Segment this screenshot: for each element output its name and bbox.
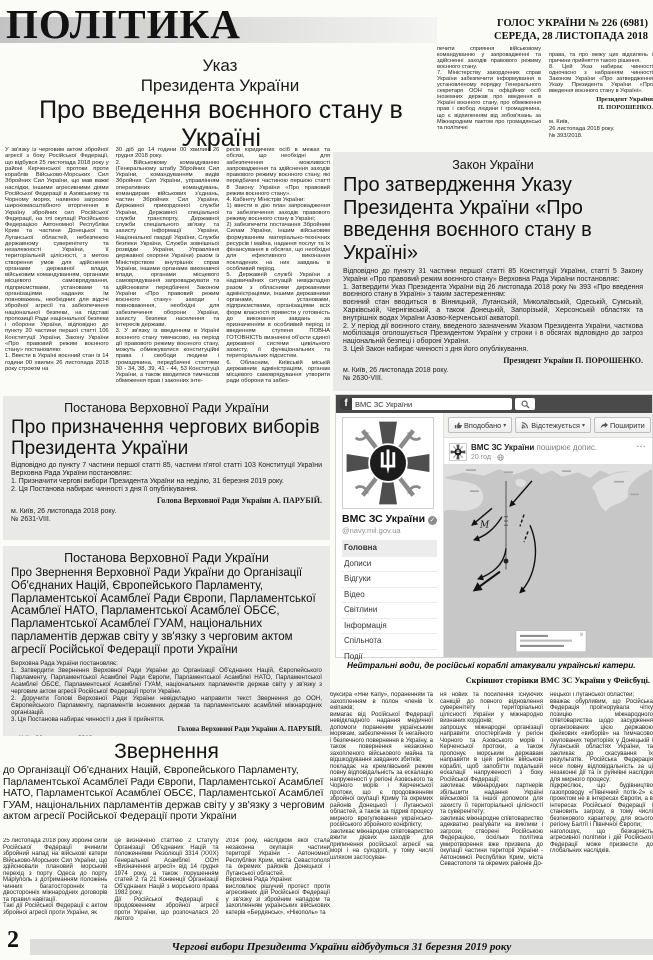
footer-banner: Чергові вибори Президента України відбуд… xyxy=(30,939,653,955)
zvernennia-column-6: нецької і Луганської областей; вважає об… xyxy=(550,692,653,935)
zvernennia-title: Звернення xyxy=(3,741,330,763)
page-name: ВМС ЗС України ✓ xyxy=(342,513,437,525)
share-icon xyxy=(600,421,608,429)
map-annotation: М xyxy=(479,519,490,530)
ukaz-place-date: м. Київ, 26 листопада 2018 року. № 393/2… xyxy=(549,119,653,139)
zvernennia-body-continued: буксира «Яни Капу», пораненням та захопл… xyxy=(330,692,653,935)
page-handle: @navy.mil.gov.ua xyxy=(342,526,437,535)
like-button-label: Вподобано xyxy=(464,421,501,430)
page-name-text: ВМС ЗС України xyxy=(342,513,425,525)
zvernennia-body: 25 листопада 2018 року збройні сили Росі… xyxy=(3,838,330,934)
post-action: поширює допис. xyxy=(537,443,598,452)
ukaz-column-4: печити сприяння військовому командуванню… xyxy=(437,46,541,150)
facebook-topbar: f ВМС ЗС України xyxy=(336,395,652,413)
follow-button-label: Відстежується xyxy=(531,421,580,430)
facebook-post: ВМС ЗС України поширює допис. 20 год · … xyxy=(444,437,652,657)
zvernennia-section: Звернення до Організації Об'єднаних Наці… xyxy=(3,741,330,934)
page-menu: Головна Дописи Відгуки Відео Світлини Ін… xyxy=(342,540,437,664)
postanova2-kicker: Постанова Верховної Ради України xyxy=(11,551,322,565)
facebook-search-value: ВМС ЗС України xyxy=(352,400,412,409)
facebook-actions: Вподобано ▾ Відстежується ▾ Поширити … xyxy=(444,413,652,435)
verified-badge-icon: ✓ xyxy=(428,516,437,525)
globe-icon xyxy=(497,454,504,461)
post-header-text: ВМС ЗС України поширює допис. 20 год · xyxy=(471,443,597,461)
section-title: ПОЛІТИКА xyxy=(6,2,241,46)
caret-down-icon: ▾ xyxy=(503,422,506,429)
fb-menu-item-photos[interactable]: Світлини xyxy=(342,602,437,618)
screenshot-caption: Скріншот сторінки ВМС ЗС України у Фейсб… xyxy=(400,676,650,686)
ukaz-body-continued: печити сприяння військовому командуванню… xyxy=(437,46,653,150)
ukaz-column-1: У зв'язку із черговим актом збройної агр… xyxy=(5,147,109,392)
postanova1-box: Постанова Верховної Ради України Про при… xyxy=(3,396,330,540)
facebook-main: Вподобано ▾ Відстежується ▾ Поширити … xyxy=(444,413,652,657)
zakon-title: Про затвердження Указу Президента Україн… xyxy=(343,174,643,264)
fb-menu-item-reviews[interactable]: Відгуки xyxy=(342,571,437,587)
postanova1-place-date: м. Київ, 26 листопада 2018 року. № 2631-… xyxy=(11,508,322,524)
postanova1-signature: Голова Верховної Ради України А. ПАРУБІЙ… xyxy=(11,496,322,506)
postanova1-title: Про призначення чергових виборів Президе… xyxy=(11,417,322,459)
ukaz-kicker: Указ Президента України xyxy=(20,56,420,95)
zvernennia-column-3: 2014 року, наслідком якої стала незаконн… xyxy=(226,838,330,934)
fb-menu-item-home[interactable]: Головна xyxy=(342,540,437,556)
post-header: ВМС ЗС України поширює допис. 20 год · … xyxy=(444,438,652,464)
zakon-place-date: м. Київ, 26 листопада 2018 року. № 2630-… xyxy=(343,367,643,383)
map-legend xyxy=(516,631,586,652)
postanova2-title: Про Звернення Верховної Ради України до … xyxy=(11,567,322,657)
zvernennia-column-2: це визначено статтею 2 Статуту Організац… xyxy=(114,838,218,934)
search-icon[interactable] xyxy=(515,398,535,410)
fb-menu-item-about[interactable]: Інформація xyxy=(342,618,437,634)
postanova1-body: Відповідно до пункту 7 частини першої ст… xyxy=(11,462,322,494)
facebook-search-field[interactable]: f ВМС ЗС України xyxy=(340,398,512,410)
masthead-line2: СЕРЕДА, 28 ЛИСТОПАДА 2018 xyxy=(398,30,648,43)
postanova2-signature: Голова Верховної Ради України А. ПАРУБІЙ… xyxy=(11,725,322,733)
map-caption: Нейтральні води, де російські кораблі ат… xyxy=(347,660,647,670)
thumbs-up-icon xyxy=(454,421,462,429)
masthead-line1: ГОЛОС УКРАЇНИ № 226 (6981) xyxy=(398,17,648,30)
like-button[interactable]: Вподобано ▾ xyxy=(448,417,512,433)
ukaz-column-5-text: права, та про межу цих відхилень і причи… xyxy=(549,52,653,94)
ukaz-column-5: права, та про межу цих відхилень і причи… xyxy=(549,46,653,150)
post-author[interactable]: ВМС ЗС України xyxy=(471,443,534,452)
follow-icon xyxy=(521,421,529,429)
post-more-button[interactable]: … xyxy=(636,439,646,450)
postanova2-body: Верховна Рада України постановляє: 1. За… xyxy=(11,660,322,723)
fb-menu-item-community[interactable]: Спільнота xyxy=(342,633,437,649)
facebook-embed: f ВМС ЗС України xyxy=(335,394,653,658)
share-button-label: Поширити xyxy=(610,421,645,430)
zakon-kicker: Закон України xyxy=(343,158,643,172)
masthead: ГОЛОС УКРАЇНИ № 226 (6981) СЕРЕДА, 28 ЛИ… xyxy=(398,17,648,43)
facebook-sidebar: ВМС ЗС України ✓ @navy.mil.gov.ua Головн… xyxy=(336,413,444,657)
post-avatar xyxy=(449,443,467,461)
zvernennia-column-5: ня нових та посилення існуючих санкцій д… xyxy=(440,692,543,935)
zvernennia-column-4: буксира «Яни Капу», пораненням та захопл… xyxy=(330,692,433,935)
newspaper-page: ПОЛІТИКА ГОЛОС УКРАЇНИ № 226 (6981) СЕРЕ… xyxy=(0,0,653,960)
fb-menu-item-posts[interactable]: Дописи xyxy=(342,556,437,572)
zvernennia-column-1: 25 листопада 2018 року збройні сили Росі… xyxy=(3,838,107,934)
page-avatar xyxy=(342,417,434,509)
zakon-box: Закон України Про затвердження Указу Пре… xyxy=(333,152,653,391)
ukaz-title: Про введення воєнного стану в Україні xyxy=(0,96,442,152)
fb-menu-item-videos[interactable]: Відео xyxy=(342,587,437,603)
ukaz-body: У зв'язку із черговим актом збройної агр… xyxy=(5,147,330,392)
zakon-body: Відповідно до пункту 31 частини першої с… xyxy=(343,268,643,354)
page-number: 2 xyxy=(7,926,19,954)
caret-down-icon: ▾ xyxy=(582,422,585,429)
post-timestamp: 20 год · xyxy=(471,454,495,461)
share-button[interactable]: Поширити xyxy=(594,417,651,433)
follow-button[interactable]: Відстежується ▾ xyxy=(515,417,591,433)
map-image: М xyxy=(444,464,652,657)
ukaz-column-3: ресів юридичних осіб в межах та обсязі, … xyxy=(226,147,330,392)
facebook-body: ВМС ЗС України ✓ @navy.mil.gov.ua Головн… xyxy=(336,413,652,657)
facebook-logo-icon: f xyxy=(340,398,352,410)
zvernennia-subtitle: до Організації Об'єднаних Націй, Європей… xyxy=(3,765,330,823)
ukaz-signature: Президент України П. ПОРОШЕНКО. xyxy=(549,96,653,111)
zakon-signature: Президент України П. ПОРОШЕНКО. xyxy=(343,356,643,366)
postanova2-place-date: м. Київ, 26 листопада 2018 року. № 2632-… xyxy=(11,735,322,736)
postanova2-box: Постанова Верховної Ради України Про Зве… xyxy=(3,546,330,736)
postanova1-kicker: Постанова Верховної Ради України xyxy=(11,401,322,415)
ukaz-column-2: 30 діб до 14 години 00 хвилин 26 грудня … xyxy=(116,147,220,392)
